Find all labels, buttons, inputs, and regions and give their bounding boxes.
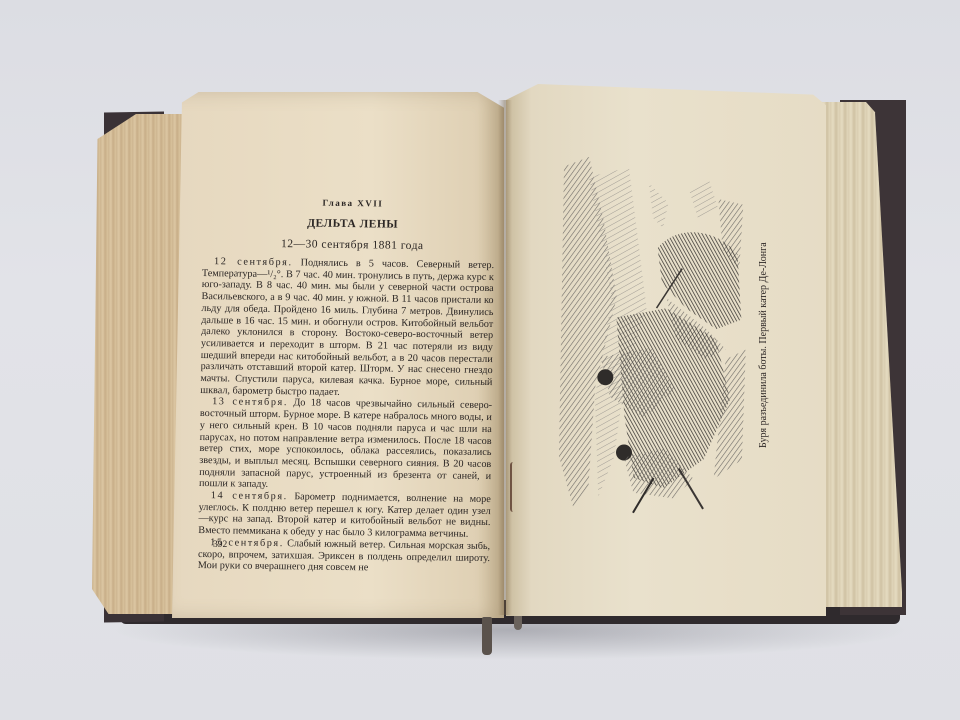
- page-number: 392: [213, 540, 227, 550]
- paragraph: 12 сентября. Поднялись в 5 часов. Северн…: [200, 256, 494, 401]
- paragraph-text: Поднялись в 5 часов. Северный ветер. Тем…: [200, 257, 494, 397]
- bookmark-ribbon: [482, 617, 492, 655]
- paragraph-date: 14 сентября.: [211, 490, 288, 502]
- storm-boat-illustration: [553, 156, 749, 521]
- paragraph-text: До 18 часов чрезвычайно сильный северо-в…: [199, 398, 492, 491]
- paragraph-date: 12 сентября.: [214, 256, 293, 268]
- chapter-title: ДЕЛЬТА ЛЕНЫ: [211, 216, 495, 232]
- chapter-date-range: 12—30 сентября 1881 года: [210, 237, 494, 253]
- chapter-body: 12 сентября. Поднялись в 5 часов. Северн…: [198, 256, 494, 576]
- paragraph: 15 сентября. Слабый южный ветер. Сильная…: [198, 537, 490, 576]
- binding-thread: [510, 462, 516, 512]
- left-page-text: Глава XVII ДЕЛЬТА ЛЕНЫ 12—30 сентября 18…: [198, 196, 495, 576]
- book-gutter: [498, 100, 512, 615]
- bookmark-ribbon-short: [514, 616, 522, 630]
- paragraph-date: 13 сентября.: [212, 397, 288, 409]
- paragraph: 13 сентября. До 18 часов чрезвычайно сил…: [199, 396, 492, 494]
- paragraph: 14 сентября. Барометр поднимается, волне…: [198, 490, 491, 541]
- illustration-caption: Буря разъединила боты. Первый катер Де-Л…: [758, 218, 772, 448]
